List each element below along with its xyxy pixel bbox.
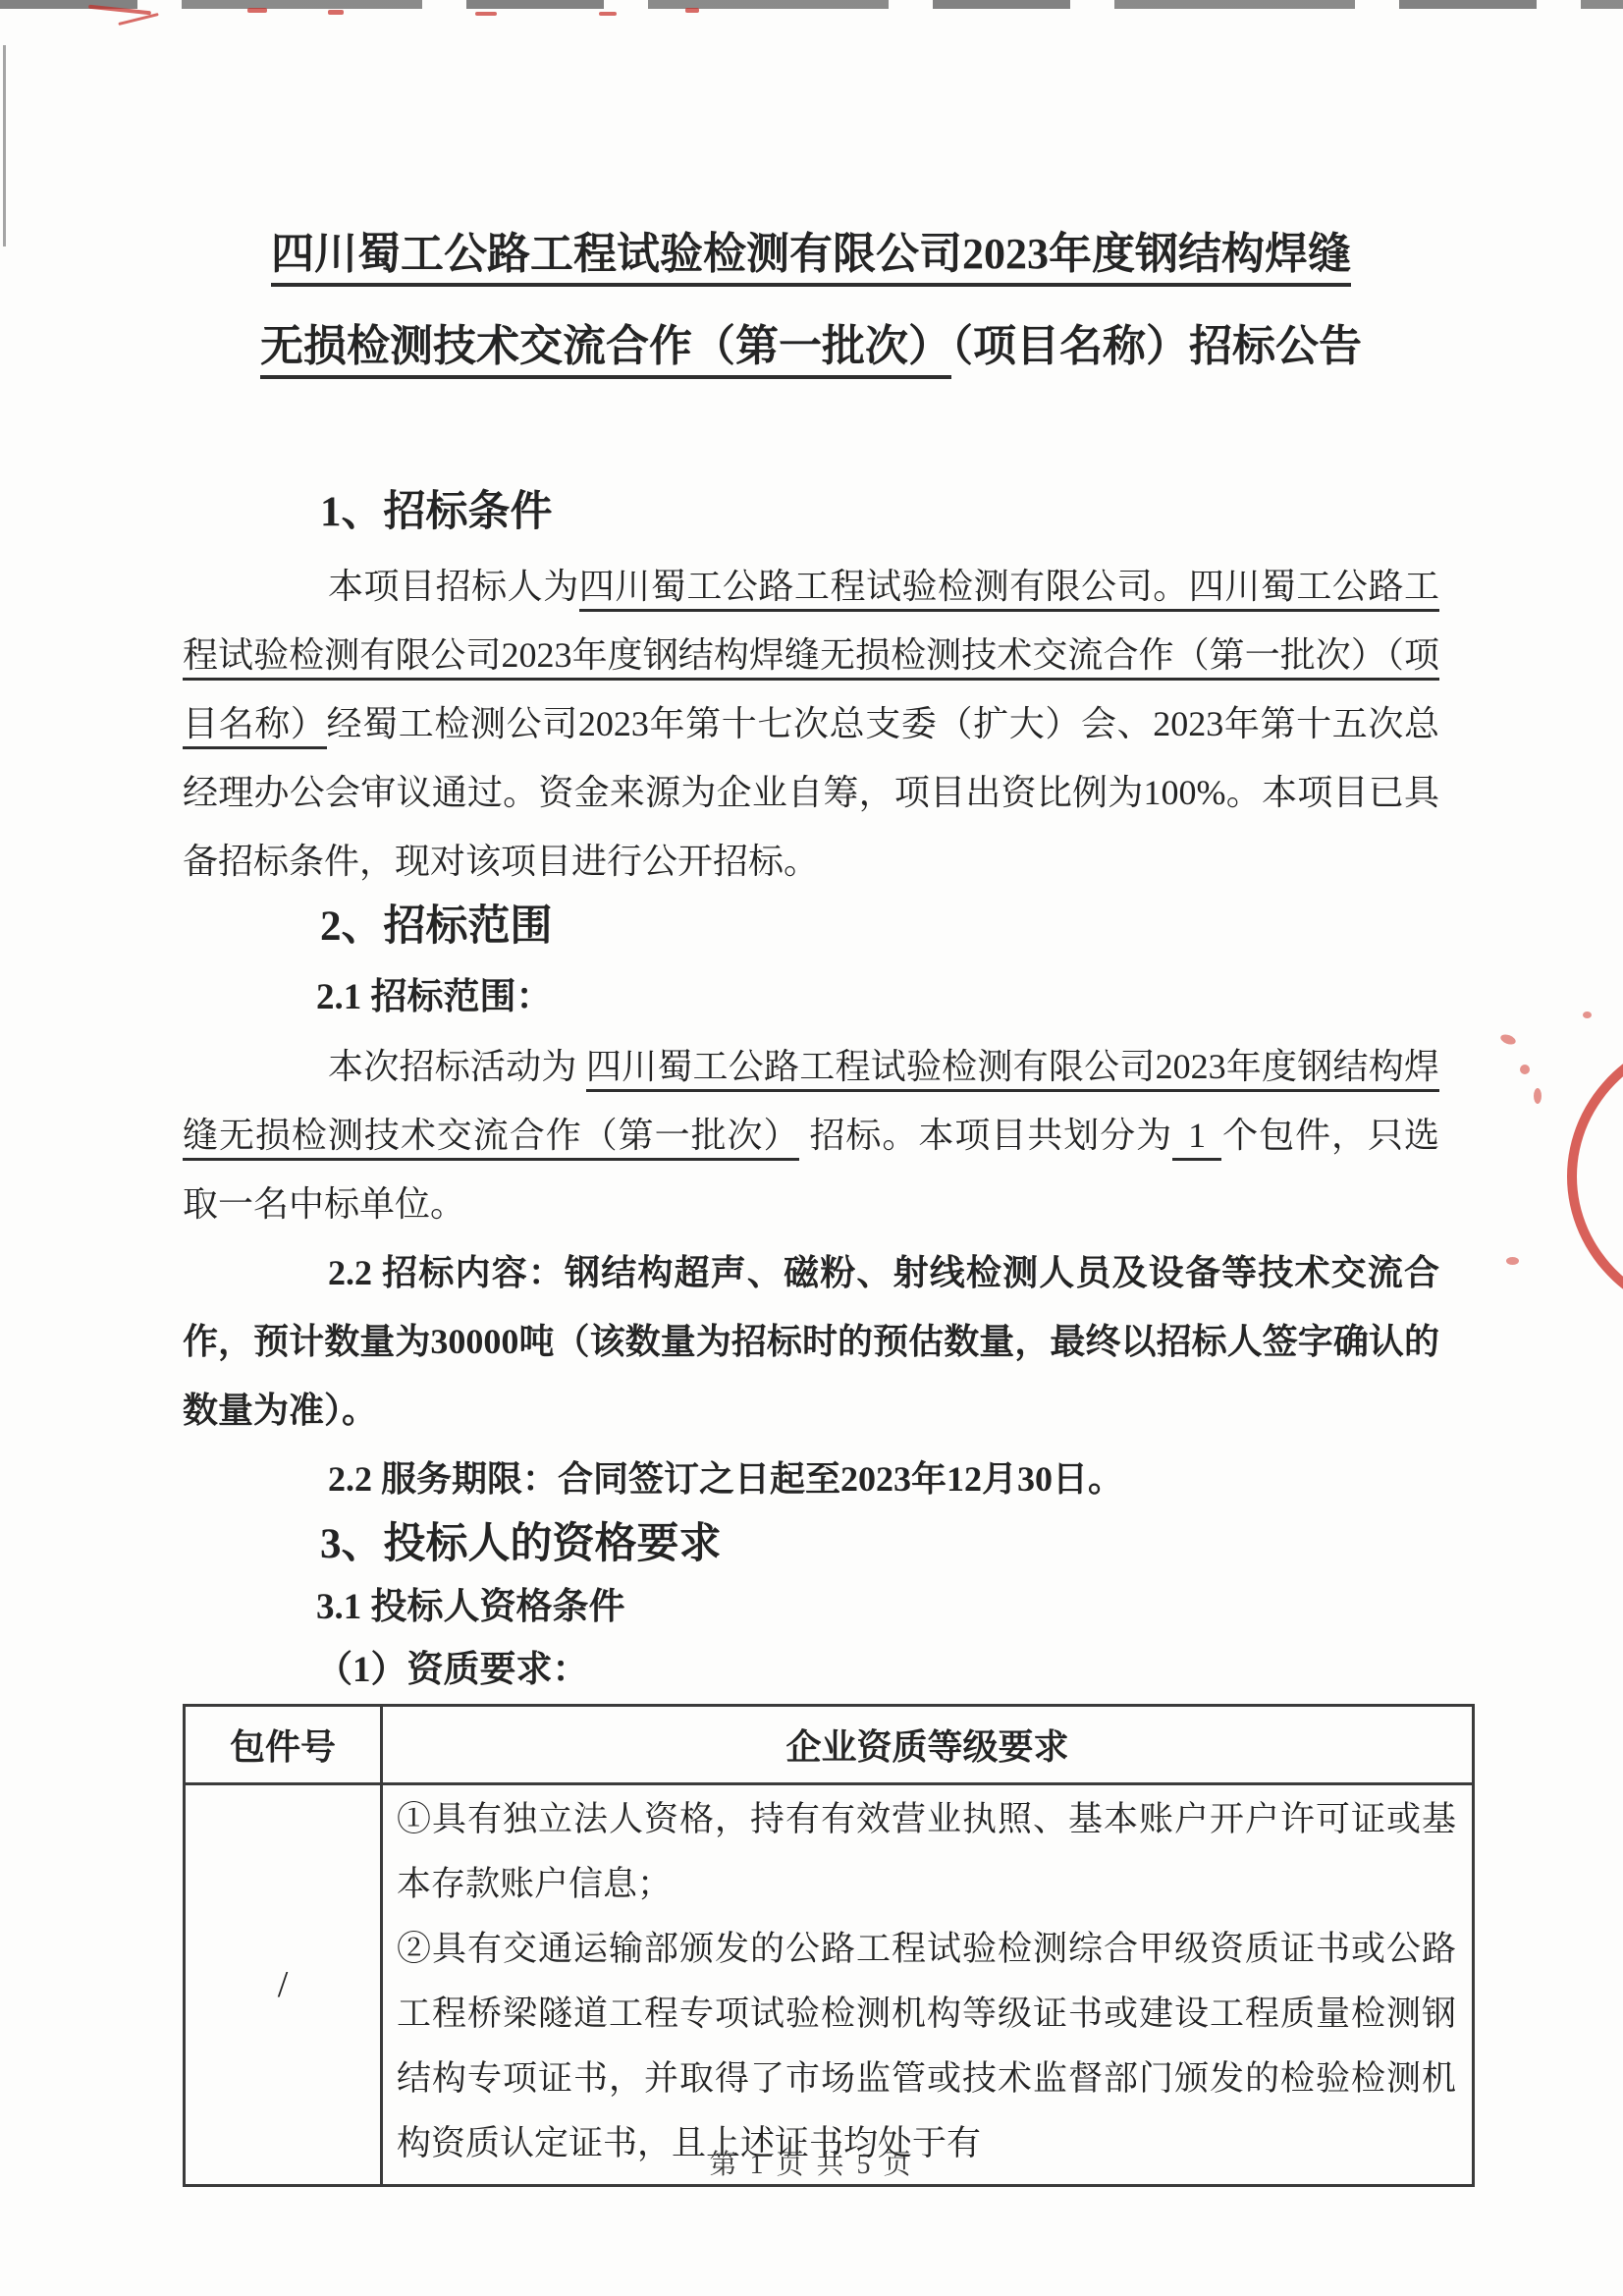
section-1-paragraph: 本项目招标人为四川蜀工公路工程试验检测有限公司。四川蜀工公路工程试验检测有限公司… — [183, 552, 1439, 896]
section-2-2-service-paragraph: 2.2 服务期限：合同签订之日起至2023年12月30日。 — [183, 1445, 1439, 1513]
red-pen-mark — [247, 8, 267, 13]
qualification-requirement-heading: （1）资质要求： — [183, 1639, 1439, 1702]
requirement-item-2: ②具有交通运输部颁发的公路工程试验检测综合甲级资质证书或公路工程桥梁隧道工程专项… — [397, 1917, 1456, 2176]
red-pen-mark — [475, 12, 497, 16]
section-2-heading: 2、招标范围 — [183, 896, 1439, 958]
column-header-package-no: 包件号 — [185, 1706, 382, 1784]
requirement-item-1: ①具有独立法人资格，持有有效营业执照、基本账户开户许可证或基本存款账户信息； — [397, 1787, 1456, 1917]
red-ink-speck — [1583, 1011, 1592, 1018]
scan-edge-artifact-left — [3, 45, 6, 246]
p1-lead: 本项目招标人为 — [328, 567, 579, 606]
section-3-heading: 3、投标人的资格要求 — [183, 1513, 1439, 1576]
document-content: 四川蜀工公路工程试验检测有限公司2023年度钢结构焊缝 无损检测技术交流合作（第… — [183, 208, 1439, 2187]
red-pen-mark — [685, 8, 699, 13]
scan-edge-artifact-top — [0, 0, 1623, 9]
title-line-2: 无损检测技术交流合作（第一批次）（项目名称）招标公告 — [183, 301, 1439, 393]
section-3-1-heading: 3.1 投标人资格条件 — [183, 1576, 1439, 1639]
section-2-2-content-paragraph: 2.2 招标内容：钢结构超声、磁粉、射线检测人员及设备等技术交流合作，预计数量为… — [183, 1238, 1439, 1445]
red-seal-stamp — [1567, 1029, 1623, 1324]
red-ink-speck — [1534, 1088, 1542, 1104]
red-pen-mark — [118, 13, 158, 26]
page-number-footer: 第 1 页 共 5 页 — [0, 2143, 1623, 2182]
p21-package-count: 1 — [1172, 1116, 1221, 1161]
red-pen-mark — [328, 10, 344, 15]
section-2-1-paragraph: 本次招标活动为 四川蜀工公路工程试验检测有限公司2023年度钢结构焊缝无损检测技… — [183, 1032, 1439, 1238]
requirements-cell: ①具有独立法人资格，持有有效营业执照、基本账户开户许可证或基本存款账户信息； ②… — [382, 1784, 1474, 2186]
qualification-table: 包件号 企业资质等级要求 / ①具有独立法人资格，持有有效营业执照、基本账户开户… — [183, 1704, 1475, 2187]
section-1-heading: 1、招标条件 — [183, 481, 1439, 544]
p1-period: 。 — [1153, 567, 1189, 612]
title-line-2-plain: （项目名称）招标公告 — [951, 322, 1362, 370]
title-line-2-underlined: 无损检测技术交流合作（第一批次） — [260, 322, 951, 379]
scanned-document-page: 四川蜀工公路工程试验检测有限公司2023年度钢结构焊缝 无损检测技术交流合作（第… — [0, 0, 1623, 2296]
table-header-row: 包件号 企业资质等级要求 — [185, 1706, 1474, 1784]
package-no-cell: / — [185, 1784, 382, 2186]
red-ink-speck — [1506, 1257, 1519, 1265]
title-line-1-text: 四川蜀工公路工程试验检测有限公司2023年度钢结构焊缝 — [271, 230, 1351, 287]
p1-underlined-company: 四川蜀工公路工程试验检测有限公司 — [579, 567, 1154, 612]
section-2-1-heading: 2.1 招标范围： — [183, 963, 1439, 1032]
p1-rest: 经蜀工检测公司2023年第十七次总支委（扩大）会、2023年第十五次总经理办公会… — [183, 704, 1439, 881]
document-title: 四川蜀工公路工程试验检测有限公司2023年度钢结构焊缝 无损检测技术交流合作（第… — [183, 208, 1439, 393]
red-ink-speck — [1520, 1065, 1530, 1074]
p21-lead: 本次招标活动为 — [328, 1047, 586, 1086]
table-row: / ①具有独立法人资格，持有有效营业执照、基本账户开户许可证或基本存款账户信息；… — [185, 1784, 1474, 2186]
p21-mid: 招标。本项目共划分为 — [799, 1116, 1172, 1155]
red-ink-speck — [1499, 1033, 1517, 1047]
column-header-qualification: 企业资质等级要求 — [382, 1706, 1474, 1784]
red-pen-mark — [599, 12, 617, 16]
title-line-1: 四川蜀工公路工程试验检测有限公司2023年度钢结构焊缝 — [183, 208, 1439, 301]
